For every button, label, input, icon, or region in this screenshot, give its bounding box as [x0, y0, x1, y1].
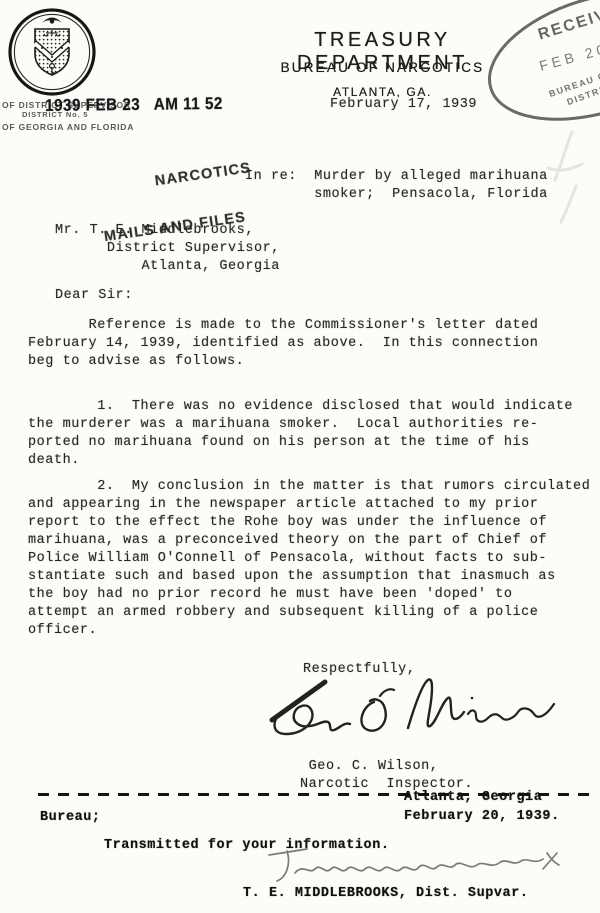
paragraph-1: 1. There was no evidence disclosed that …	[28, 398, 573, 470]
signature-middlebrooks	[255, 845, 575, 890]
in-re-reference: In re: Murder by alleged marihuana smoke…	[245, 168, 548, 204]
salutation: Dear Sir:	[55, 287, 133, 305]
forward-signer: T. E. MIDDLEBROOKS, Dist. Supvar.	[243, 885, 529, 903]
signature-wilson	[262, 668, 562, 753]
addressee-block: Mr. T. E. Middlebrooks, District Supervi…	[55, 222, 280, 276]
time-received-stamp: 1939 FEB 23 AM 11 52	[45, 94, 223, 116]
paragraph-2: 2. My conclusion in the matter is that r…	[28, 478, 590, 640]
treasury-seal-icon	[6, 6, 98, 98]
paragraph-reference: Reference is made to the Commissioner's …	[28, 317, 538, 371]
bureau-label: Bureau;	[40, 809, 101, 827]
office-stamp-line3: OF GEORGIA AND FLORIDA	[2, 122, 134, 132]
mails-stamp-line1: NARCOTICS	[154, 160, 252, 189]
forward-location: Atlanta, Georgia	[404, 789, 542, 807]
forward-date: February 20, 1939.	[404, 808, 560, 826]
faint-pencil-mark	[540, 128, 596, 228]
scanned-letter-page: TREASURY DEPARTMENT BUREAU OF NARCOTICS …	[0, 0, 600, 913]
